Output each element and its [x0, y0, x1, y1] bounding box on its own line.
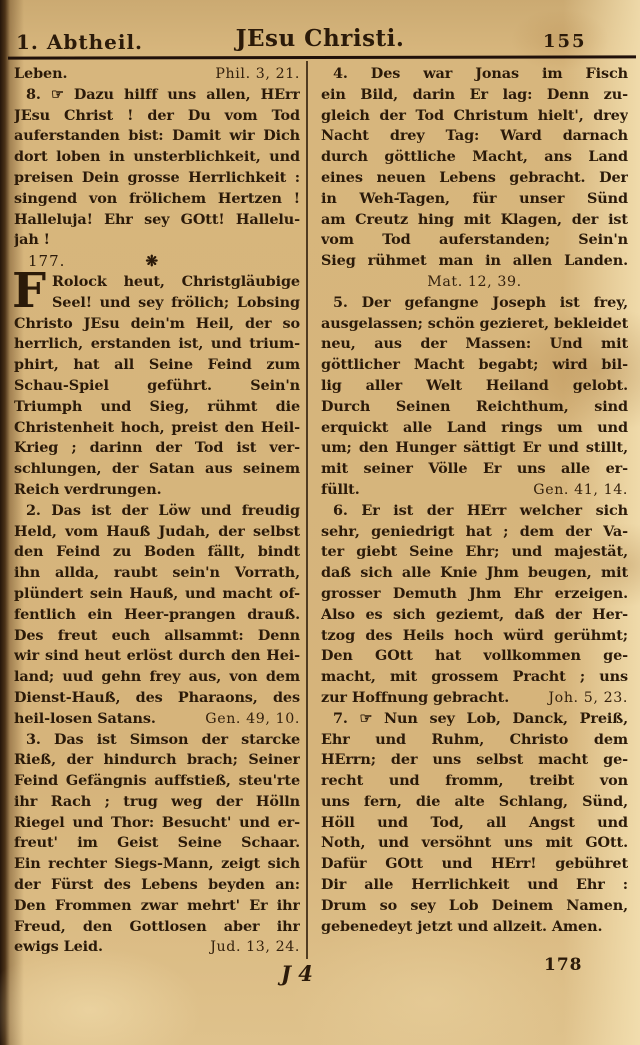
text-fragment: füllt.: [321, 480, 360, 501]
text-line: ihn allda, raubt sein'n Vorrath,: [14, 563, 300, 584]
text-line: 4. Des war Jonas im Fisch: [321, 64, 628, 85]
text-line: neu, aus der Massen: Und mit: [321, 334, 628, 355]
text-line: Christo JEsu dein'm Heil, der so: [14, 314, 300, 335]
text-line: Drum so sey Lob Deinem Namen,: [321, 896, 628, 917]
text-line: phirt, hat all Seine Feind zum: [14, 355, 300, 376]
text-line: füllt.Gen. 41, 14.: [321, 480, 628, 501]
text-line: Rolock heut, Christgläubige: [14, 272, 300, 293]
text-line: grosser Demuth Jhm Ehr erzeigen.: [321, 584, 628, 605]
text-line: Nacht drey Tag: Ward darnach: [321, 126, 628, 147]
header-rule: [8, 55, 636, 59]
text-line: fentlich ein Heer-prangen drauß.: [14, 605, 300, 626]
text-line: auferstanden bist: Damit wir Dich: [14, 126, 300, 147]
scripture-reference: Gen. 41, 14.: [533, 480, 628, 501]
text-line: ter giebt Seine Ehr; und majestät,: [321, 542, 628, 563]
text-line: Noth, und versöhnt uns mit GOtt.: [321, 833, 628, 854]
text-line: göttlicher Macht begabt; wird bil-: [321, 355, 628, 376]
text-line: durch göttliche Macht, ans Land: [321, 147, 628, 168]
text-line: Höll und Tod, all Angst und: [321, 813, 628, 834]
text-line: freut' im Geist Seine Schaar.: [14, 833, 300, 854]
text-line: singend von frölichem Hertzen !: [14, 189, 300, 210]
text-line: Durch Seinen Reichthum, sind: [321, 397, 628, 418]
text-line: land; uud gehn frey aus, von dem: [14, 667, 300, 688]
text-line: Dafür GOtt und HErr! gebühret: [321, 854, 628, 875]
text-line: Halleluja! Ehr sey GOtt! Hallelu-: [14, 210, 300, 231]
text-line: gleich der Tod Christum hielt', drey: [321, 106, 628, 127]
header-page-number: 155: [543, 31, 587, 52]
text-line: schlungen, der Satan aus seinem: [14, 459, 300, 480]
text-line: vom Tod auferstanden; Sein'n: [321, 230, 628, 251]
left-column: F Leben.Phil. 3, 21.8. ☞ Dazu hilff uns …: [14, 64, 300, 958]
text-line: Christenheit hoch, preist den Heil-: [14, 418, 300, 439]
text-line: HErrn; der uns selbst macht ge-: [321, 750, 628, 771]
dropcap-initial: F: [12, 269, 46, 313]
text-line: Dienst-Hauß, des Pharaons, des: [14, 688, 300, 709]
text-line: Den GOtt hat vollkommen ge-: [321, 646, 628, 667]
text-line: tzog des Heils hoch würd gerühmt;: [321, 626, 628, 647]
text-line: Riegel und Thor: Besucht' und er-: [14, 813, 300, 834]
right-column: 4. Des war Jonas im Fischein Bild, darin…: [321, 64, 628, 937]
text-line: recht und fromm, treibt von: [321, 771, 628, 792]
text-line: Ehr und Ruhm, Christo dem: [321, 730, 628, 751]
text-fragment: ewigs Leid.: [14, 937, 103, 958]
scripture-reference: Jud. 13, 24.: [210, 937, 300, 958]
text-line: Leben.Phil. 3, 21.: [14, 64, 300, 85]
text-line: macht, mit grossem Pracht ; uns: [321, 667, 628, 688]
text-line: gebenedeyt jetzt und allzeit. Amen.: [321, 917, 628, 938]
text-line: Dir alle Herrlichkeit und Ehr :: [321, 875, 628, 896]
text-fragment: zur Hoffnung gebracht.: [321, 688, 509, 709]
scripture-reference: Gen. 49, 10.: [205, 709, 300, 730]
text-line: 8. ☞ Dazu hilff uns allen, HErr: [14, 85, 300, 106]
text-line: ausgelassen; schön gezieret, bekleidet: [321, 314, 628, 335]
text-line: der Fürst des Lebens beyden an:: [14, 875, 300, 896]
text-line: den Feind zu Boden fällt, bindt: [14, 542, 300, 563]
text-line: Held, vom Hauß Judah, der selbst: [14, 522, 300, 543]
text-line: Schau-Spiel geführt. Sein'n: [14, 376, 300, 397]
text-line: sehr, geniedrigt hat ; dem der Va-: [321, 522, 628, 543]
hymn-number-line: 177.❋: [14, 251, 300, 272]
text-line: wir sind heut erlöst durch den Hei-: [14, 646, 300, 667]
book-page: 1. Abtheil. JEsu Christi. 155 F Leben.Ph…: [0, 0, 640, 1045]
text-line: heil-losen Satans.Gen. 49, 10.: [14, 709, 300, 730]
text-line: am Creutz hing mit Klagen, der ist: [321, 210, 628, 231]
text-line: dort loben in unsterblichkeit, und: [14, 147, 300, 168]
column-divider: [306, 61, 308, 959]
text-line: 2. Das ist der Löw und freudig: [14, 501, 300, 522]
text-line: um; den Hunger sättigt Er und stillt,: [321, 438, 628, 459]
text-line: Feind Gefängnis auffstieß, steu'rte: [14, 771, 300, 792]
text-line: Krieg ; darinn der Tod ist ver-: [14, 438, 300, 459]
text-line: Also es sich geziemt, daß der Her-: [321, 605, 628, 626]
text-line: 6. Er ist der HErr welcher sich: [321, 501, 628, 522]
text-line: zur Hoffnung gebracht.Joh. 5, 23.: [321, 688, 628, 709]
scripture-reference: Joh. 5, 23.: [548, 688, 628, 709]
text-line: uns fern, die alte Schlang, Sünd,: [321, 792, 628, 813]
text-line: Reich verdrungen.: [14, 480, 300, 501]
text-line: jah !: [14, 230, 300, 251]
text-line: Des freut euch allsammt: Denn: [14, 626, 300, 647]
scripture-reference: Phil. 3, 21.: [215, 64, 300, 85]
text-line: Triumph und Sieg, rühmt die: [14, 397, 300, 418]
text-line: ein Bild, darin Er lag: Denn zu-: [321, 85, 628, 106]
signature-mark: J 4: [281, 961, 313, 986]
text-line: lig aller Welt Heiland gelobt.: [321, 376, 628, 397]
ornament-icon: ❋: [146, 251, 159, 272]
text-line: Sieg rühmet man in allen Landen.: [321, 251, 628, 272]
text-line: ihr Rach ; trug weg der Hölln: [14, 792, 300, 813]
text-line: Seel! und sey frölich; Lobsing: [14, 293, 300, 314]
text-line: in Weh-Tagen, für unser Sünd: [321, 189, 628, 210]
text-line: daß sich alle Knie Jhm beugen, mit: [321, 563, 628, 584]
text-line: 5. Der gefangne Joseph ist frey,: [321, 293, 628, 314]
text-line: erquickt alle Land rings um und: [321, 418, 628, 439]
text-line: preisen Dein grosse Herrlichkeit :: [14, 168, 300, 189]
text-line: Den Frommen zwar mehrt' Er ihr: [14, 896, 300, 917]
text-line: ewigs Leid.Jud. 13, 24.: [14, 937, 300, 958]
text-line: Rieß, der hindurch brach; Seiner: [14, 750, 300, 771]
text-fragment: heil-losen Satans.: [14, 709, 156, 730]
text-line: 3. Das ist Simson der starcke: [14, 730, 300, 751]
text-line: eines neuen Lebens gebracht. Der: [321, 168, 628, 189]
text-fragment: Leben.: [14, 64, 67, 85]
text-line: Ein rechter Siegs-Mann, zeigt sich: [14, 854, 300, 875]
text-line: JEsu Christ ! der Du vom Tod: [14, 106, 300, 127]
text-line: plündert sein Hauß, und macht of-: [14, 584, 300, 605]
catchword-number: 178: [544, 955, 583, 975]
text-line: Mat. 12, 39.: [321, 272, 628, 293]
text-line: Freud, den Gottlosen aber ihr: [14, 917, 300, 938]
text-line: herrlich, erstanden ist, und trium-: [14, 334, 300, 355]
text-line: mit seiner Völle Er uns alle er-: [321, 459, 628, 480]
text-line: 7. ☞ Nun sey Lob, Danck, Preiß,: [321, 709, 628, 730]
